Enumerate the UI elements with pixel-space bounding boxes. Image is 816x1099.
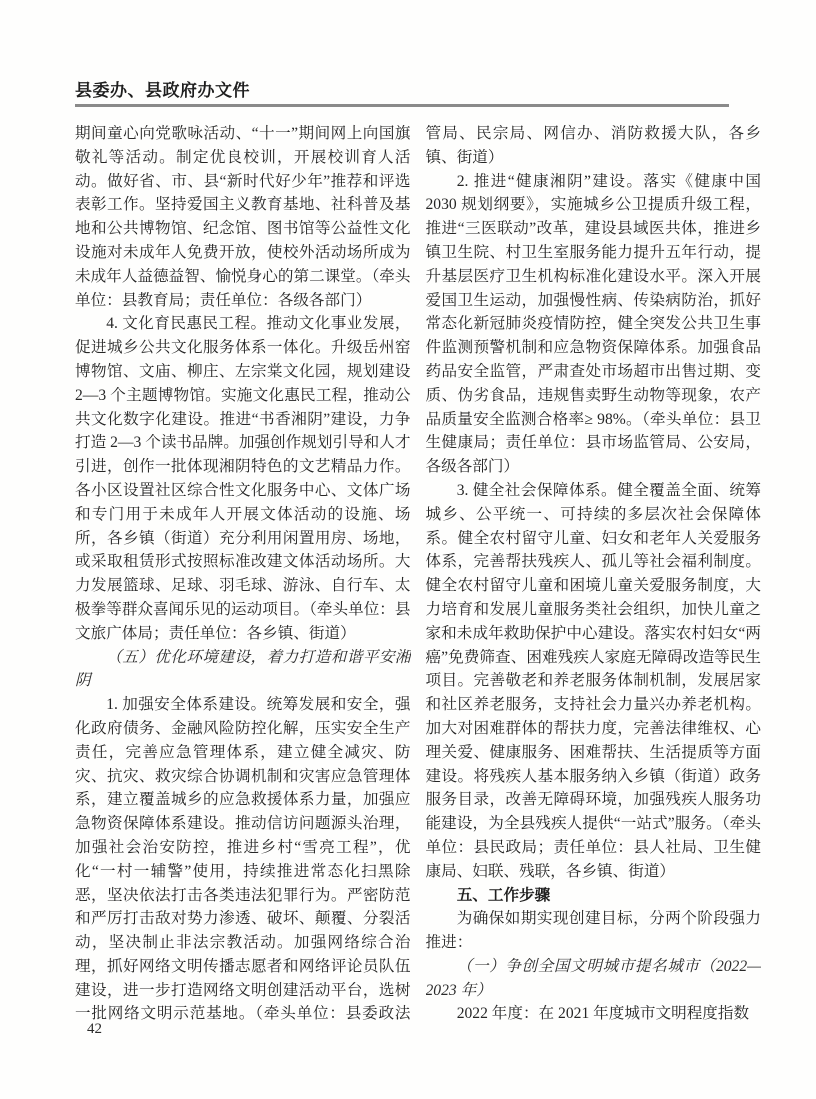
page-header-title: 县委办、县政府办文件 bbox=[75, 76, 250, 101]
paragraph-two-stages: 为确保如期实现创建目标，分两个阶段强力推进： bbox=[426, 907, 762, 955]
paragraph-item-1-safety: 1. 加强安全体系建设。统筹发展和安全，强化政府债务、金融风险防控化解，压实安全… bbox=[75, 693, 411, 1028]
paragraph-item-4-culture: 4. 文化育民惠民工程。推动文化事业发展，促进城乡公共文化服务体系一体化。升级岳… bbox=[75, 312, 411, 645]
left-column: 期间童心向党歌咏活动、“十一”期间网上向国旗敬礼等活动。制定优良校训，开展校训育… bbox=[75, 122, 411, 1028]
section-heading-5-work-steps: 五、工作步骤 bbox=[426, 884, 762, 908]
subsection-heading-1-civilized-city: （一）争创全国文明城市提名城市（2022—2023 年） bbox=[426, 955, 762, 1003]
document-page: 县委办、县政府办文件 期间童心向党歌咏活动、“十一”期间网上向国旗敬礼等活动。制… bbox=[0, 0, 816, 1099]
page-number: 42 bbox=[87, 1021, 102, 1038]
paragraph-continuation: 管局、民宗局、网信办、消防救援大队，各乡镇、街道） bbox=[426, 122, 762, 170]
paragraph-continuation: 期间童心向党歌咏活动、“十一”期间网上向国旗敬礼等活动。制定优良校训，开展校训育… bbox=[75, 122, 411, 312]
paragraph-2022-annual: 2022 年度：在 2021 年度城市文明程度指数 bbox=[426, 1002, 762, 1026]
paragraph-item-3-social-security: 3. 健全社会保障体系。健全覆盖全面、统筹城乡、公平统一、可持续的多层次社会保障… bbox=[426, 479, 762, 884]
paragraph-item-2-health: 2. 推进“健康湘阴”建设。落实《健康中国 2030 规划纲要》，实施城乡公卫提… bbox=[426, 170, 762, 479]
right-column: 管局、民宗局、网信办、消防救援大队，各乡镇、街道） 2. 推进“健康湘阴”建设。… bbox=[426, 122, 762, 1028]
header-rule-divider bbox=[75, 104, 729, 107]
text-columns: 期间童心向党歌咏活动、“十一”期间网上向国旗敬礼等活动。制定优良校训，开展校训育… bbox=[75, 122, 761, 1028]
subsection-heading-5-environment: （五）优化环境建设，着力打造和谐平安湘阴 bbox=[75, 646, 411, 694]
